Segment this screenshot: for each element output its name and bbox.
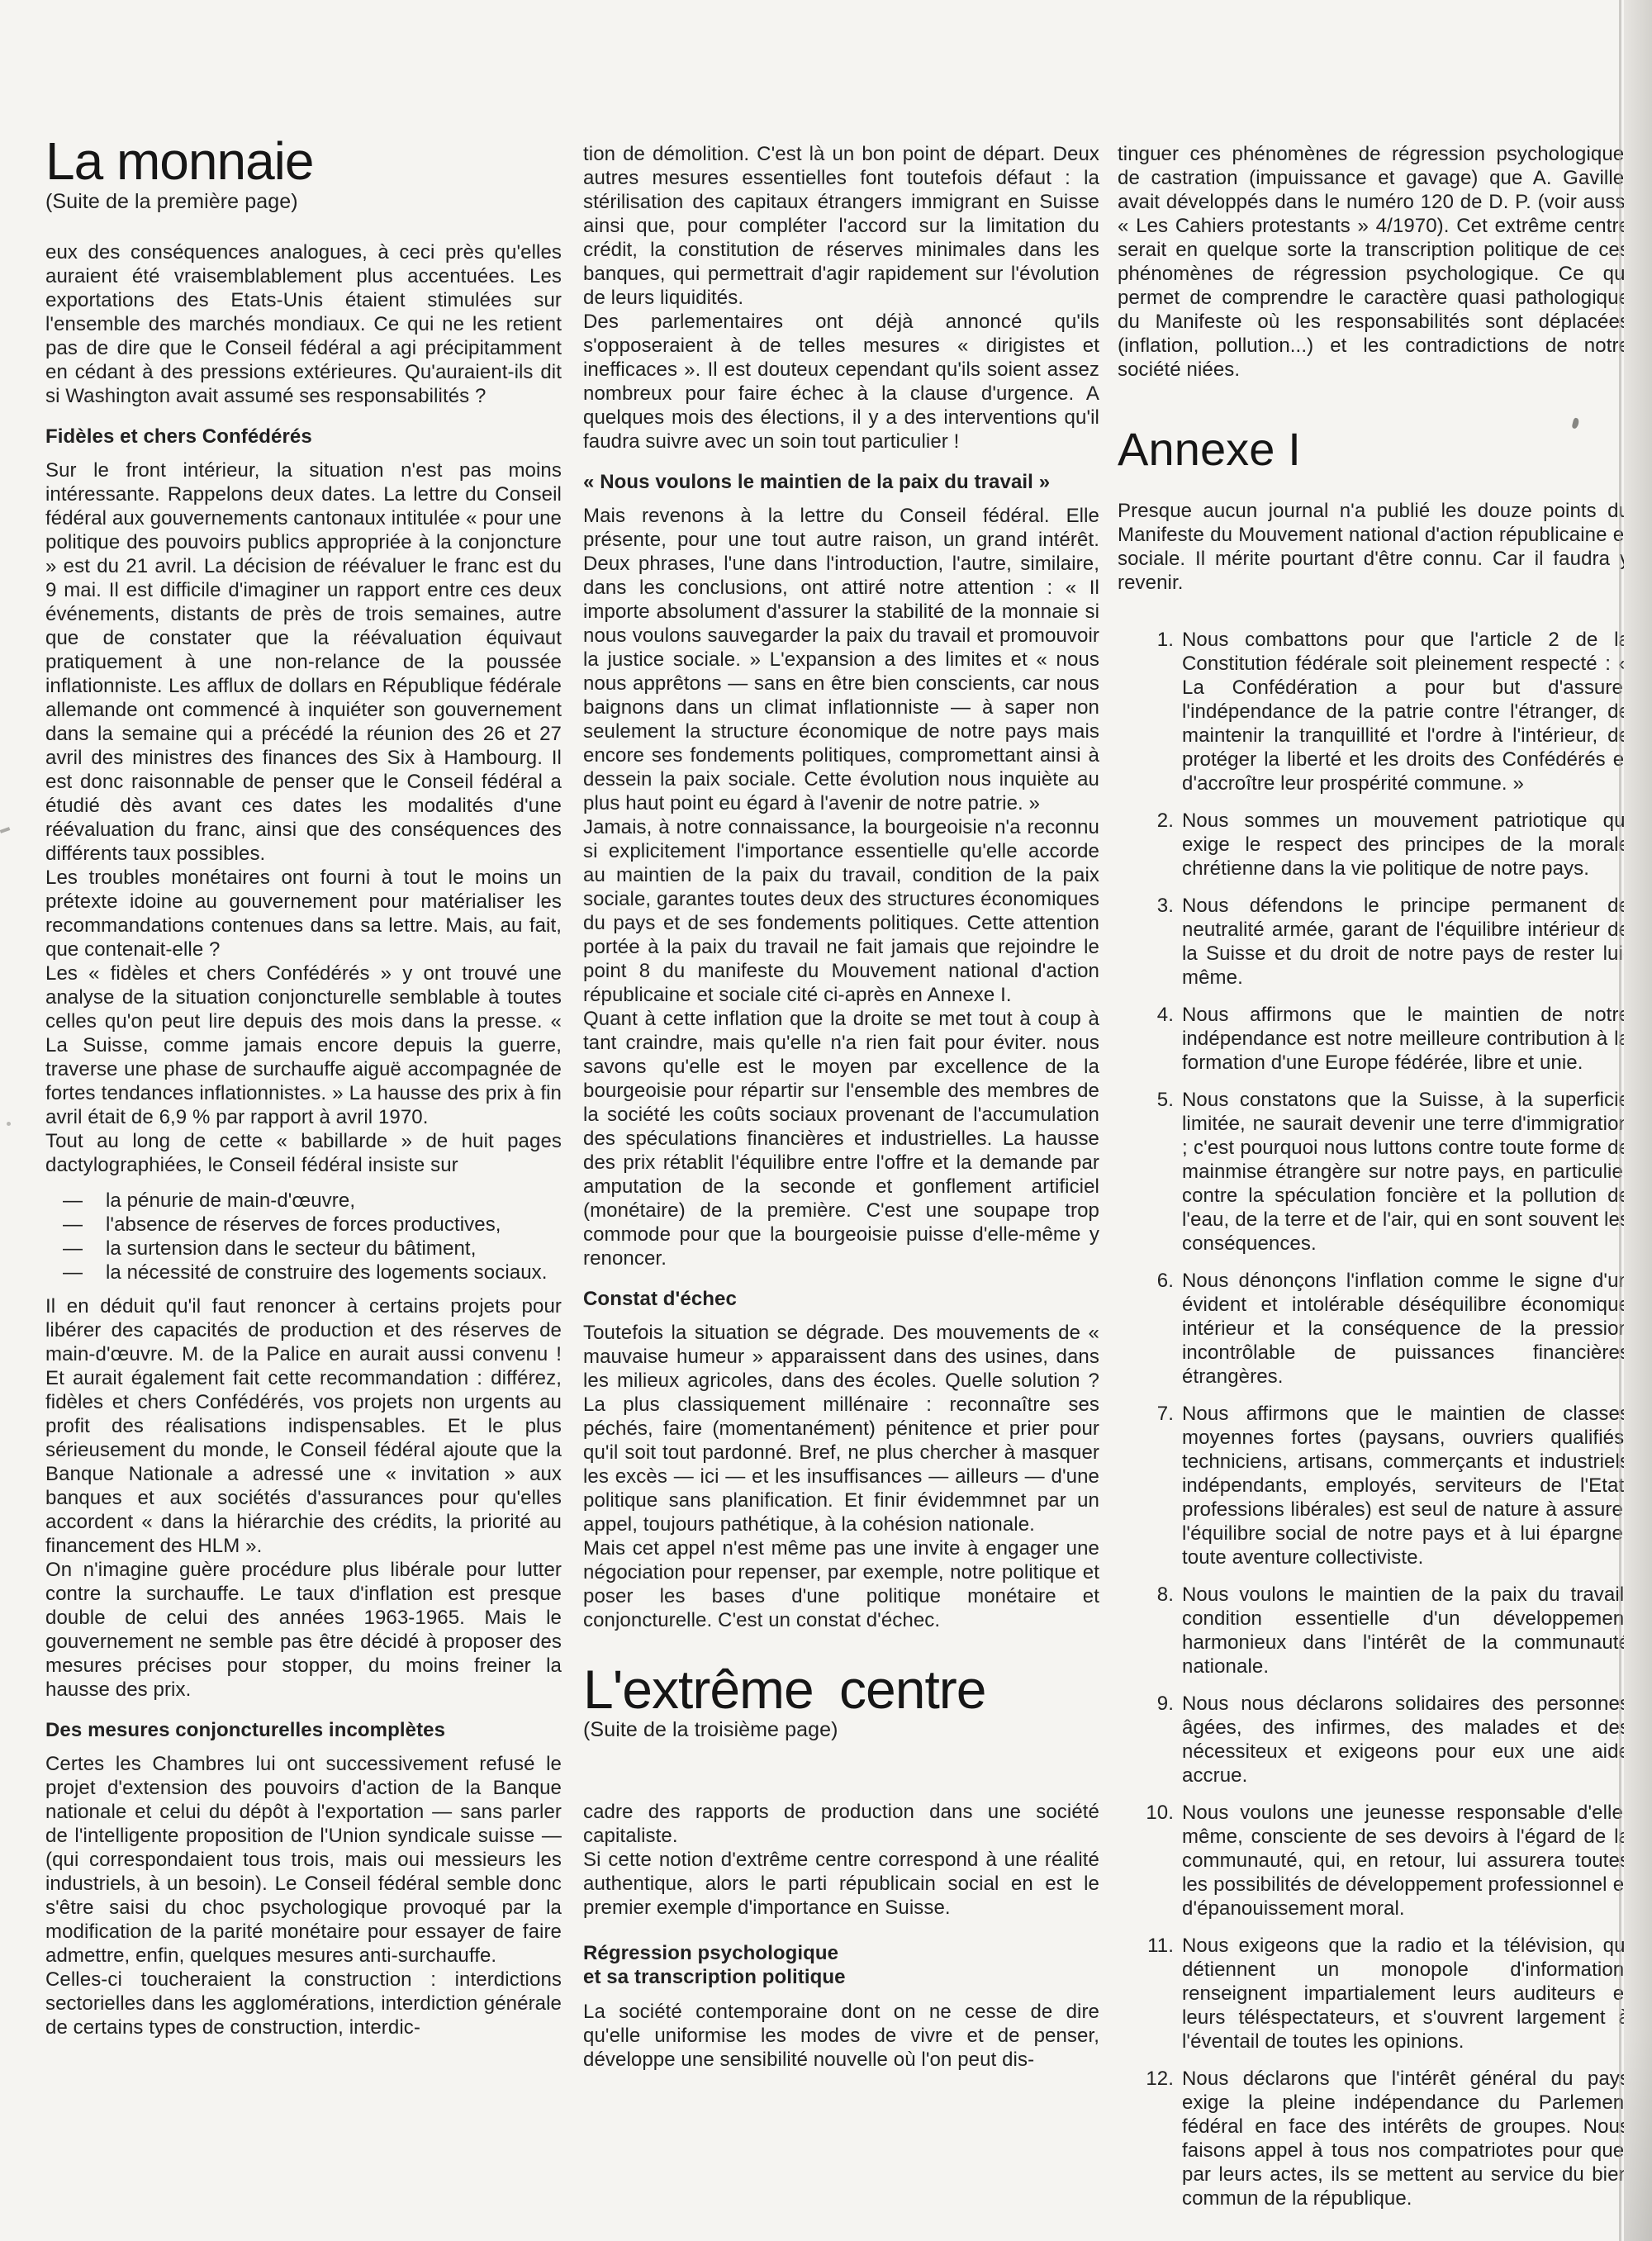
item-text: Nous nous déclarons solidaires des perso…: [1182, 1693, 1630, 1787]
item-number: 5.: [1118, 1088, 1174, 1112]
list-item: 3. Nous défendons le principe permanent …: [1118, 894, 1630, 990]
list-item: 9. Nous nous déclarons solidaires des pe…: [1118, 1692, 1630, 1788]
item-number: 12.: [1118, 2067, 1174, 2091]
item-text: Nous déclarons que l'intérêt général du …: [1182, 2068, 1630, 2210]
paragraph: tinguer ces phénomènes de régression psy…: [1118, 142, 1630, 382]
scan-speck: [0, 827, 10, 833]
scan-corner-shadow: [1624, 2024, 1652, 2241]
list-item: 8. Nous voulons le maintien de la paix d…: [1118, 1583, 1630, 1678]
list-item: 2. Nous sommes un mouvement patriotique …: [1118, 809, 1630, 881]
paragraph: Celles-ci toucheraient la construction :…: [45, 1968, 562, 2039]
list-item: 10. Nous voulons une jeunesse responsabl…: [1118, 1801, 1630, 1921]
paragraph: Mais revenons à la lettre du Conseil féd…: [583, 504, 1099, 815]
paragraph: eux des conséquences analogues, à ceci p…: [45, 240, 562, 408]
bullet-item: — la nécessité de construire des logemen…: [45, 1261, 562, 1284]
subheading-fideles: Fidèles et chers Confédérés: [45, 425, 562, 449]
scan-edge-shadow: [1624, 0, 1652, 2241]
bullet-text: la nécessité de construire des logements…: [106, 1261, 548, 1284]
dash-marker: —: [63, 1237, 83, 1261]
item-text: Nous exigeons que la radio et la télévis…: [1182, 1935, 1630, 2053]
item-number: 9.: [1118, 1692, 1174, 1716]
dash-marker: —: [63, 1189, 83, 1213]
paragraph: Sur le front intérieur, la situation n'e…: [45, 458, 562, 866]
subheading-regression: Régression psychologique et sa transcrip…: [583, 1941, 1099, 1989]
list-item: 12. Nous déclarons que l'intérêt général…: [1118, 2067, 1630, 2210]
item-number: 8.: [1118, 1583, 1174, 1607]
paragraph: tion de démolition. C'est là un bon poin…: [583, 142, 1099, 310]
item-text: Nous constatons que la Suisse, à la supe…: [1182, 1089, 1630, 1255]
bullet-list: — la pénurie de main-d'œuvre, — l'absenc…: [45, 1189, 562, 1284]
item-text: Nous défendons le principe permanent de …: [1182, 895, 1630, 989]
item-text: Nous dénonçons l'inflation comme le sign…: [1182, 1270, 1630, 1388]
paragraph: La société contemporaine dont on ne cess…: [583, 2000, 1099, 2072]
scan-speck: [7, 1122, 11, 1126]
paragraph: Les « fidèles et chers Confédérés » y on…: [45, 961, 562, 1129]
newspaper-page: La monnaie (Suite de la première page) e…: [0, 0, 1652, 2241]
list-item: 6. Nous dénonçons l'inflation comme le s…: [1118, 1269, 1630, 1389]
list-item: 1. Nous combattons pour que l'article 2 …: [1118, 628, 1630, 795]
article-title-la-monnaie: La monnaie: [45, 132, 562, 190]
dash-marker: —: [63, 1261, 83, 1284]
list-item: 7. Nous affirmons que le maintien de cla…: [1118, 1402, 1630, 1569]
paragraph: Quant à cette inflation que la droite se…: [583, 1007, 1099, 1270]
bullet-item: — l'absence de réserves de forces produc…: [45, 1213, 562, 1237]
column-right: tinguer ces phénomènes de régression psy…: [1118, 142, 1630, 2224]
paragraph: On n'imagine guère procédure plus libéra…: [45, 1558, 562, 1702]
list-item: 11. Nous exigeons que la radio et la tél…: [1118, 1934, 1630, 2053]
bullet-item: — la surtension dans le secteur du bâtim…: [45, 1237, 562, 1261]
list-item: 5. Nous constatons que la Suisse, à la s…: [1118, 1088, 1630, 1256]
dash-marker: —: [63, 1213, 83, 1237]
subheading-paix-du-travail: « Nous voulons le maintien de la paix du…: [583, 470, 1099, 494]
item-number: 7.: [1118, 1402, 1174, 1426]
item-number: 2.: [1118, 809, 1174, 833]
column-left: La monnaie (Suite de la première page) e…: [45, 132, 562, 2039]
paragraph: Toutefois la situation se dégrade. Des m…: [583, 1321, 1099, 1536]
item-text: Nous voulons le maintien de la paix du t…: [1182, 1583, 1630, 1678]
item-text: Nous sommes un mouvement patriotique qui…: [1182, 810, 1630, 880]
item-number: 4.: [1118, 1003, 1174, 1027]
article-subtitle: (Suite de la troisième page): [583, 1718, 1099, 1742]
subheading-mesures: Des mesures conjoncturelles incomplètes: [45, 1718, 562, 1742]
paragraph: Il en déduit qu'il faut renoncer à certa…: [45, 1294, 562, 1558]
item-number: 11.: [1118, 1934, 1174, 1958]
bullet-item: — la pénurie de main-d'œuvre,: [45, 1189, 562, 1213]
paragraph: Des parlementaires ont déjà annoncé qu'i…: [583, 310, 1099, 453]
item-number: 10.: [1118, 1801, 1174, 1825]
paragraph: Presque aucun journal n'a publié les dou…: [1118, 499, 1630, 595]
article-subtitle: (Suite de la première page): [45, 190, 562, 214]
paragraph: Les troubles monétaires ont fourni à tou…: [45, 866, 562, 961]
subheading-constat-echec: Constat d'échec: [583, 1287, 1099, 1311]
bullet-text: la surtension dans le secteur du bâtimen…: [106, 1237, 476, 1260]
paragraph: Jamais, à notre connaissance, la bourgeo…: [583, 815, 1099, 1007]
item-number: 6.: [1118, 1269, 1174, 1293]
bullet-text: la pénurie de main-d'œuvre,: [106, 1189, 355, 1212]
item-number: 3.: [1118, 894, 1174, 918]
bullet-text: l'absence de réserves de forces producti…: [106, 1213, 501, 1236]
paragraph: Tout au long de cette « babillarde » de …: [45, 1129, 562, 1177]
paragraph: Certes les Chambres lui ont successiveme…: [45, 1752, 562, 1968]
manifesto-points-list: 1. Nous combattons pour que l'article 2 …: [1118, 628, 1630, 2210]
paragraph: Mais cet appel n'est même pas une invite…: [583, 1536, 1099, 1632]
paragraph: Si cette notion d'extrême centre corresp…: [583, 1848, 1099, 1920]
column-middle: tion de démolition. C'est là un bon poin…: [583, 142, 1099, 2072]
item-text: Nous affirmons que le maintien de classe…: [1182, 1403, 1630, 1569]
article-title-annexe: Annexe I: [1118, 425, 1630, 474]
item-text: Nous combattons pour que l'article 2 de …: [1182, 629, 1630, 795]
list-item: 4. Nous affirmons que le maintien de not…: [1118, 1003, 1630, 1075]
article-title-extreme-centre: L'extrême centre: [583, 1660, 1099, 1718]
item-text: Nous affirmons que le maintien de notre …: [1182, 1004, 1630, 1074]
scan-edge-line: [1619, 0, 1621, 2241]
paragraph: cadre des rapports de production dans un…: [583, 1800, 1099, 1848]
item-number: 1.: [1118, 628, 1174, 652]
item-text: Nous voulons une jeunesse responsable d'…: [1182, 1802, 1630, 1920]
